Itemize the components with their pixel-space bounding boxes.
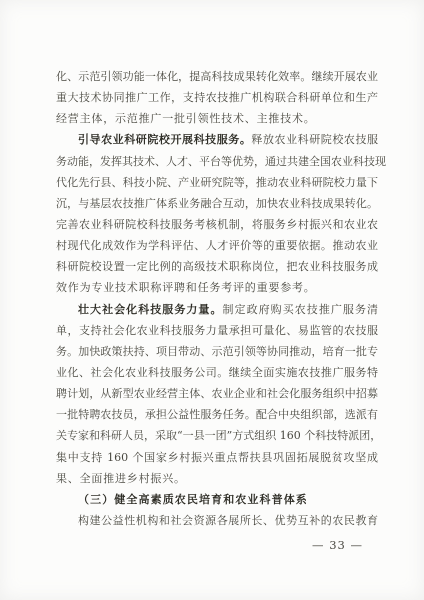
text-run: 科研院校设置一定比例的高级技术职称岗位，把农业科技服务成 bbox=[56, 260, 378, 273]
section-heading: （三）健全高素质农民培育和农业科普体系 bbox=[56, 489, 378, 510]
text-line: 引导农业科研院校开展科技服务。释放农业科研院校农技服 bbox=[56, 129, 378, 150]
text-line: 经营主体，示范推广一批引领性技术、主推技术。 bbox=[56, 108, 378, 129]
text-run: 果、全面推进乡村振兴。 bbox=[56, 472, 186, 485]
text-line: 完善农业科研院校科技服务考核机制，将服务乡村振兴和农业农 bbox=[56, 214, 378, 235]
text-run: 关专家和科研人员，采取“一县一团”方式组织 160 个科技特派团， bbox=[56, 429, 381, 442]
text-line: 单，支持社会化农业科技服务力量承担可量化、易监管的农技服 bbox=[56, 320, 378, 341]
text-line: 业化、社会化农业科技服务公司。继续全面实施农技推广服务特 bbox=[56, 362, 378, 383]
text-run: 效作为专业技术职称评聘和任务考评的重要参考。 bbox=[56, 281, 316, 294]
text-run: 构建公益性机构和社会资源各展所长、优势互补的农民教育 bbox=[78, 514, 378, 527]
text-line: 关专家和科研人员，采取“一县一团”方式组织 160 个科技特派团， bbox=[56, 425, 378, 446]
text-line: 一批特聘农技员，承担公益性服务任务。配合中央组织部，选派有 bbox=[56, 404, 378, 425]
text-line: 集中支持 160 个国家乡村振兴重点帮扶县巩固拓展脱贫攻坚成 bbox=[56, 447, 378, 468]
text-run: 一批特聘农技员，承担公益性服务任务。配合中央组织部，选派有 bbox=[56, 408, 378, 421]
text-run: 务动能，发挥其技术、人才、平台等优势，通过共建全国农业科技现 bbox=[56, 155, 386, 168]
text-run: 释放农业科研院校农技服 bbox=[251, 133, 378, 146]
bold-run: 引导农业科研院校开展科技服务。 bbox=[78, 133, 251, 146]
text-run: 集中支持 160 个国家乡村振兴重点帮扶县巩固拓展脱贫攻坚成 bbox=[56, 451, 378, 464]
text-line: 重大技术协同推广工作，支持农技推广机构联合科研单位和生产 bbox=[56, 87, 378, 108]
text-line: 科研院校设置一定比例的高级技术职称岗位，把农业科技服务成 bbox=[56, 256, 378, 277]
text-line: 果、全面推进乡村振兴。 bbox=[56, 468, 378, 489]
text-run: 务。加快政策扶持、项目带动、示范引领等协同推动，培育一批专 bbox=[56, 345, 378, 358]
text-run: 沉，与基层农技推广体系业务融合互动，加快农业科技成果转化。 bbox=[56, 197, 378, 210]
text-line: 务。加快政策扶持、项目带动、示范引领等协同推动，培育一批专 bbox=[56, 341, 378, 362]
text-line: 化、示范引领功能一体化，提高科技成果转化效率。继续开展农业 bbox=[56, 66, 378, 87]
document-page: 化、示范引领功能一体化，提高科技成果转化效率。继续开展农业重大技术协同推广工作，… bbox=[0, 0, 424, 600]
text-run: 经营主体，示范推广一批引领性技术、主推技术。 bbox=[56, 112, 316, 125]
bold-run: （三）健全高素质农民培育和农业科普体系 bbox=[78, 493, 308, 506]
page-number: — 33 — bbox=[312, 538, 363, 552]
text-line: 沉，与基层农技推广体系业务融合互动，加快农业科技成果转化。 bbox=[56, 193, 378, 214]
text-line: 村现代化成效作为学科评估、人才评价等的重要依据。推动农业 bbox=[56, 235, 378, 256]
bold-run: 壮大社会化科技服务力量。 bbox=[78, 303, 223, 316]
text-line: 聘计划，从新型农业经营主体、农业企业和社会化服务组织中招募 bbox=[56, 383, 378, 404]
text-run: 化、示范引领功能一体化，提高科技成果转化效率。继续开展农业 bbox=[56, 70, 378, 83]
text-line: 代化先行县、科技小院、产业研究院等，推动农业科研院校力量下 bbox=[56, 172, 378, 193]
text-run: 完善农业科研院校科技服务考核机制，将服务乡村振兴和农业农 bbox=[56, 218, 378, 231]
text-run: 业化、社会化农业科技服务公司。继续全面实施农技推广服务特 bbox=[56, 366, 378, 379]
text-block: 化、示范引领功能一体化，提高科技成果转化效率。继续开展农业重大技术协同推广工作，… bbox=[56, 66, 378, 531]
text-run: 聘计划，从新型农业经营主体、农业企业和社会化服务组织中招募 bbox=[56, 387, 378, 400]
text-run: 制定政府购买农技推广服务清 bbox=[223, 303, 379, 316]
text-line: 构建公益性机构和社会资源各展所长、优势互补的农民教育 bbox=[56, 510, 378, 531]
text-run: 重大技术协同推广工作，支持农技推广机构联合科研单位和生产 bbox=[56, 91, 378, 104]
text-run: 代化先行县、科技小院、产业研究院等，推动农业科研院校力量下 bbox=[56, 176, 378, 189]
text-run: 单，支持社会化农业科技服务力量承担可量化、易监管的农技服 bbox=[56, 324, 378, 337]
text-line: 效作为专业技术职称评聘和任务考评的重要参考。 bbox=[56, 277, 378, 298]
text-line: 壮大社会化科技服务力量。制定政府购买农技推广服务清 bbox=[56, 299, 378, 320]
text-run: 村现代化成效作为学科评估、人才评价等的重要依据。推动农业 bbox=[56, 239, 378, 252]
text-line: 务动能，发挥其技术、人才、平台等优势，通过共建全国农业科技现 bbox=[56, 151, 378, 172]
